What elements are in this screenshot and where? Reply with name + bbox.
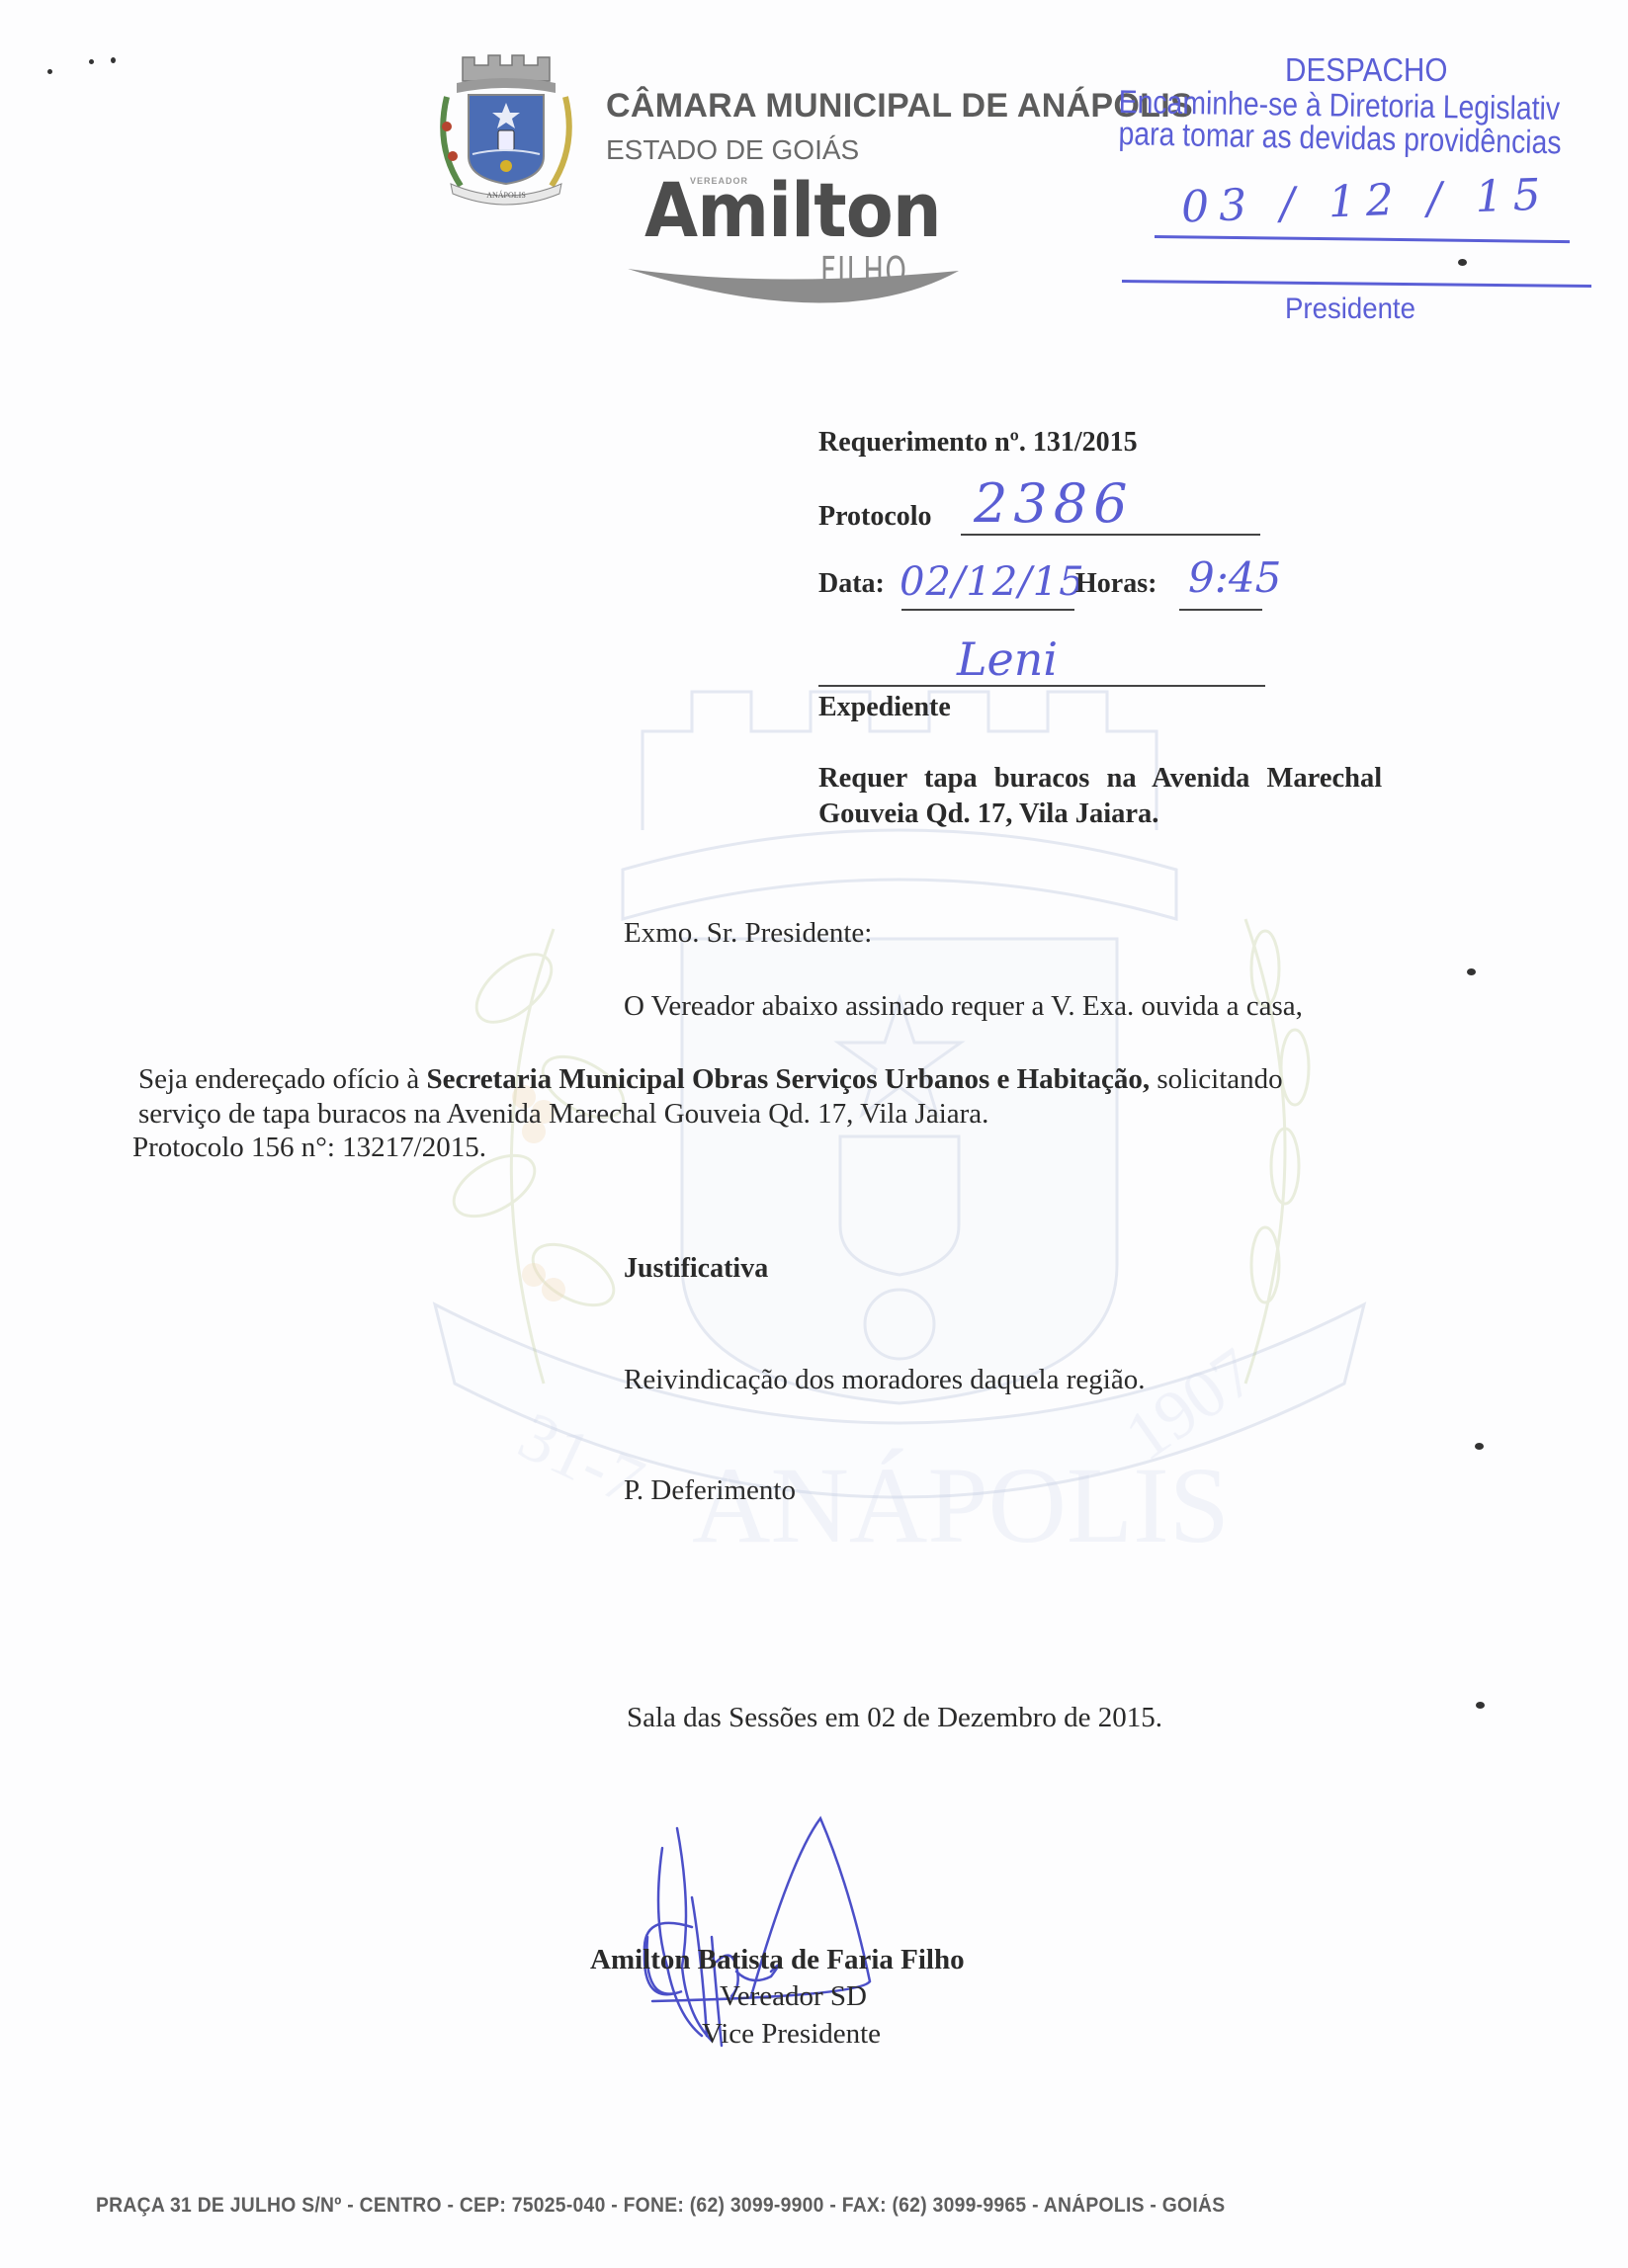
request-line-2: serviço de tapa buracos na Avenida Marec… <box>138 1098 988 1131</box>
data-label: Data: <box>818 568 885 600</box>
requerimento-number: Requerimento nº. 131/2015 <box>818 427 1138 459</box>
brand-name: Amilton <box>644 166 941 254</box>
signatory-title: Vice Presidente <box>702 2018 881 2051</box>
request-line-3: Protocolo 156 n°: 13217/2015. <box>132 1132 486 1164</box>
horas-label: Horas: <box>1075 568 1157 600</box>
request-line-1: Seja endereçado ofício à Secretaria Muni… <box>138 1063 1283 1096</box>
despacho-signature-line <box>1122 280 1591 288</box>
salutation: Exmo. Sr. Presidente: <box>624 917 872 950</box>
protocolo-value-handwritten: 2386 <box>974 472 1133 535</box>
despacho-title: DESPACHO <box>1285 51 1447 89</box>
brand-swoosh-icon <box>623 259 969 328</box>
data-underline <box>901 609 1074 611</box>
document-page: 31-7 1907 ANÁPOLIS ANÁPOLIS CÂMARA MUNIC… <box>0 0 1628 2268</box>
data-value-handwritten: 02/12/15 <box>900 559 1085 605</box>
intro-paragraph: O Vereador abaixo assinado requer a V. E… <box>624 990 1303 1023</box>
justificativa-text: Reivindicação dos moradores daquela regi… <box>624 1364 1145 1396</box>
expediente-underline <box>818 685 1265 687</box>
place-date: Sala das Sessões em 02 de Dezembro de 20… <box>627 1702 1162 1734</box>
request-prefix: Seja endereçado ofício à <box>138 1063 426 1095</box>
despacho-date-line <box>1155 235 1570 243</box>
horas-underline <box>1179 609 1262 611</box>
rubrica-handwritten: Leni <box>957 632 1058 686</box>
institution-name: CÂMARA MUNICIPAL DE ANÁPOLIS <box>606 87 1193 126</box>
request-suffix: solicitando <box>1150 1063 1283 1095</box>
scan-speck <box>1476 1702 1485 1709</box>
horas-value-handwritten: 9:45 <box>1188 553 1281 602</box>
despacho-line-2: para tomar as devidas providências <box>1118 115 1562 161</box>
state-name: ESTADO DE GOIÁS <box>606 134 859 166</box>
scan-speck <box>1458 259 1467 266</box>
scan-speck <box>47 69 52 74</box>
signatory-role: Vereador SD <box>720 1980 867 2013</box>
subject-line-1: Requer tapa buracos na Avenida Marechal <box>818 763 1382 795</box>
coat-of-arms-icon: ANÁPOLIS <box>433 47 579 206</box>
scan-speck <box>89 59 94 64</box>
closing-text: P. Deferimento <box>624 1474 796 1507</box>
justificativa-heading: Justificativa <box>624 1253 768 1285</box>
request-recipient: Secretaria Municipal Obras Serviços Urba… <box>426 1063 1150 1095</box>
signatory-name: Amilton Batista de Faria Filho <box>590 1944 965 1976</box>
scan-speck <box>1475 1443 1484 1450</box>
despacho-signature-label: Presidente <box>1285 293 1415 326</box>
scan-speck <box>111 57 116 63</box>
protocolo-label: Protocolo <box>818 501 932 533</box>
footer-address: PRAÇA 31 DE JULHO S/Nº - CENTRO - CEP: 7… <box>96 2194 1225 2218</box>
svg-text:ANÁPOLIS: ANÁPOLIS <box>486 190 526 200</box>
expediente-label: Expediente <box>818 692 951 723</box>
subject-line-2: Gouveia Qd. 17, Vila Jaiara. <box>818 798 1158 830</box>
scan-speck <box>1467 968 1476 975</box>
despacho-date-handwritten: 03 / 12 / 15 <box>1180 169 1551 232</box>
